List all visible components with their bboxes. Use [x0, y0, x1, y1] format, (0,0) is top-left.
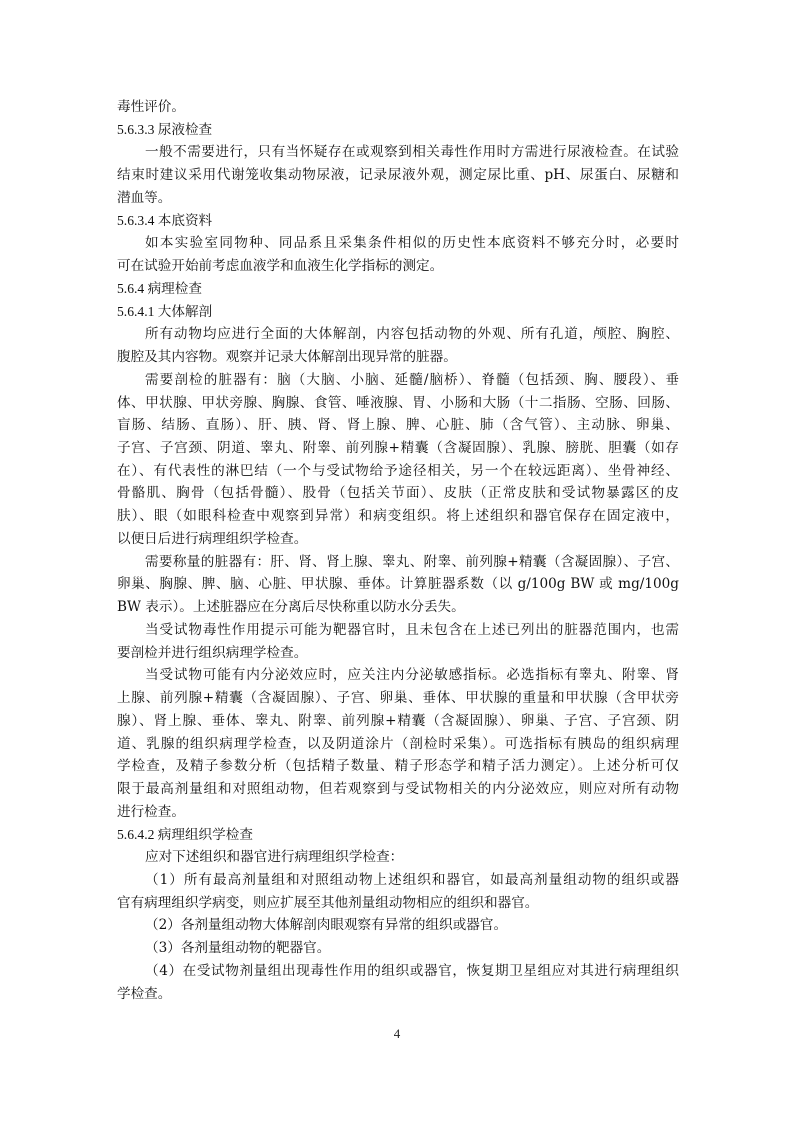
- section-heading: 5.6.4 病理检查: [117, 278, 679, 301]
- text-line: 腺）、肾上腺、垂体、睾丸、附睾、前列腺+精囊（含凝固腺）、卵巢、子宫、子宫颈、阴: [117, 710, 679, 733]
- text-line: （1）所有最高剂量组和对照组动物上述组织和器官，如最高剂量组动物的组织或器: [117, 869, 679, 892]
- text-line: 需要剖检的脏器有：脑（大脑、小脑、延髓/脑桥）、脊髓（包括颈、胸、腰段）、垂: [117, 369, 679, 392]
- section-heading: 5.6.3.3 尿液检查: [117, 119, 679, 142]
- paragraph: （3）各剂量组动物的靶器官。: [117, 937, 679, 960]
- paragraph: 需要称量的脏器有：肝、肾、肾上腺、睾丸、附睾、前列腺+精囊（含凝固腺）、子宫、卵…: [117, 551, 679, 619]
- paragraph: 毒性评价。: [117, 96, 679, 119]
- text-line: 学检查，及精子参数分析（包括精子数量、精子形态学和精子活力测定）。上述分析可仅: [117, 755, 679, 778]
- text-line: 进行检查。: [117, 801, 679, 824]
- paragraph: 一般不需要进行，只有当怀疑存在或观察到相关毒性作用时方需进行尿液检查。在试验结束…: [117, 141, 679, 209]
- text-line: 官有病理组织学病变，则应扩展至其他剂量组动物相应的组织和器官。: [117, 892, 679, 915]
- text-line: 子宫、子宫颈、阴道、睾丸、附睾、前列腺+精囊（含凝固腺）、乳腺、膀胱、胆囊（如存: [117, 437, 679, 460]
- paragraph: 当受试物毒性作用提示可能为靶器官时，且未包含在上述已列出的脏器范围内，也需要剖检…: [117, 619, 679, 664]
- paragraph: （2）各剂量组动物大体解剖肉眼观察有异常的组织或器官。: [117, 914, 679, 937]
- text-line: 骨骼肌、胸骨（包括骨髓）、股骨（包括关节面）、皮肤（正常皮肤和受试物暴露区的皮: [117, 482, 679, 505]
- text-line: 肤）、眼（如眼科检查中观察到异常）和病变组织。将上述组织和器官保存在固定液中，: [117, 505, 679, 528]
- paragraph: （4）在受试物剂量组出现毒性作用的组织或器官，恢复期卫星组应对其进行病理组织学检…: [117, 960, 679, 1005]
- document-page-body: 毒性评价。5.6.3.3 尿液检查一般不需要进行，只有当怀疑存在或观察到相关毒性…: [117, 96, 679, 1005]
- text-line: 体、甲状腺、甲状旁腺、胸腺、食管、唾液腺、胃、小肠和大肠（十二指肠、空肠、回肠、: [117, 392, 679, 415]
- text-line: 道、乳腺的组织病理学检查，以及阴道涂片（剖检时采集）。可选指标有胰岛的组织病理: [117, 733, 679, 756]
- paragraph: 应对下述组织和器官进行病理组织学检查：: [117, 846, 679, 869]
- text-line: 以便日后进行病理组织学检查。: [117, 528, 679, 551]
- text-line: 当受试物毒性作用提示可能为靶器官时，且未包含在上述已列出的脏器范围内，也需: [117, 619, 679, 642]
- text-line: 限于最高剂量组和对照组动物，但若观察到与受试物相关的内分泌效应，则应对所有动物: [117, 778, 679, 801]
- text-line: 一般不需要进行，只有当怀疑存在或观察到相关毒性作用时方需进行尿液检查。在试验: [117, 141, 679, 164]
- text-line: 潜血等。: [117, 187, 679, 210]
- text-line: 盲肠、结肠、直肠）、肝、胰、肾、肾上腺、脾、心脏、肺（含气管）、主动脉、卵巢、: [117, 414, 679, 437]
- paragraph: 当受试物可能有内分泌效应时，应关注内分泌敏感指标。必选指标有睾丸、附睾、肾上腺、…: [117, 664, 679, 823]
- text-line: 卵巢、胸腺、脾、脑、心脏、甲状腺、垂体。计算脏器系数（以 g/100g BW 或…: [117, 573, 679, 596]
- text-line: （3）各剂量组动物的靶器官。: [117, 937, 679, 960]
- text-line: 结束时建议采用代谢笼收集动物尿液，记录尿液外观，测定尿比重、pH、尿蛋白、尿糖和: [117, 164, 679, 187]
- text-line: 学检查。: [117, 983, 679, 1006]
- text-line: 在）、有代表性的淋巴结（一个与受试物给予途径相关，另一个在较远距离）、坐骨神经、: [117, 460, 679, 483]
- text-line: （4）在受试物剂量组出现毒性作用的组织或器官，恢复期卫星组应对其进行病理组织: [117, 960, 679, 983]
- text-line: 上腺、前列腺+精囊（含凝固腺）、子宫、卵巢、垂体、甲状腺的重量和甲状腺（含甲状旁: [117, 687, 679, 710]
- text-line: 所有动物均应进行全面的大体解剖，内容包括动物的外观、所有孔道，颅腔、胸腔、: [117, 323, 679, 346]
- page-number: 4: [0, 1026, 794, 1042]
- text-line: BW 表示）。上述脏器应在分离后尽快称重以防水分丢失。: [117, 596, 679, 619]
- paragraph: （1）所有最高剂量组和对照组动物上述组织和器官，如最高剂量组动物的组织或器官有病…: [117, 869, 679, 914]
- section-heading: 5.6.4.1 大体解剖: [117, 301, 679, 324]
- text-line: 要剖检并进行组织病理学检查。: [117, 642, 679, 665]
- text-line: 当受试物可能有内分泌效应时，应关注内分泌敏感指标。必选指标有睾丸、附睾、肾: [117, 664, 679, 687]
- text-line: 如本实验室同物种、同品系且采集条件相似的历史性本底资料不够充分时，必要时: [117, 232, 679, 255]
- paragraph: 如本实验室同物种、同品系且采集条件相似的历史性本底资料不够充分时，必要时可在试验…: [117, 232, 679, 277]
- text-line: 腹腔及其内容物。观察并记录大体解剖出现异常的脏器。: [117, 346, 679, 369]
- text-line: 应对下述组织和器官进行病理组织学检查：: [117, 846, 679, 869]
- section-heading: 5.6.4.2 病理组织学检查: [117, 824, 679, 847]
- text-line: （2）各剂量组动物大体解剖肉眼观察有异常的组织或器官。: [117, 914, 679, 937]
- text-line: 毒性评价。: [117, 96, 679, 119]
- text-line: 可在试验开始前考虑血液学和血液生化学指标的测定。: [117, 255, 679, 278]
- paragraph: 所有动物均应进行全面的大体解剖，内容包括动物的外观、所有孔道，颅腔、胸腔、腹腔及…: [117, 323, 679, 368]
- paragraph: 需要剖检的脏器有：脑（大脑、小脑、延髓/脑桥）、脊髓（包括颈、胸、腰段）、垂体、…: [117, 369, 679, 551]
- section-heading: 5.6.3.4 本底资料: [117, 210, 679, 233]
- text-line: 需要称量的脏器有：肝、肾、肾上腺、睾丸、附睾、前列腺+精囊（含凝固腺）、子宫、: [117, 551, 679, 574]
